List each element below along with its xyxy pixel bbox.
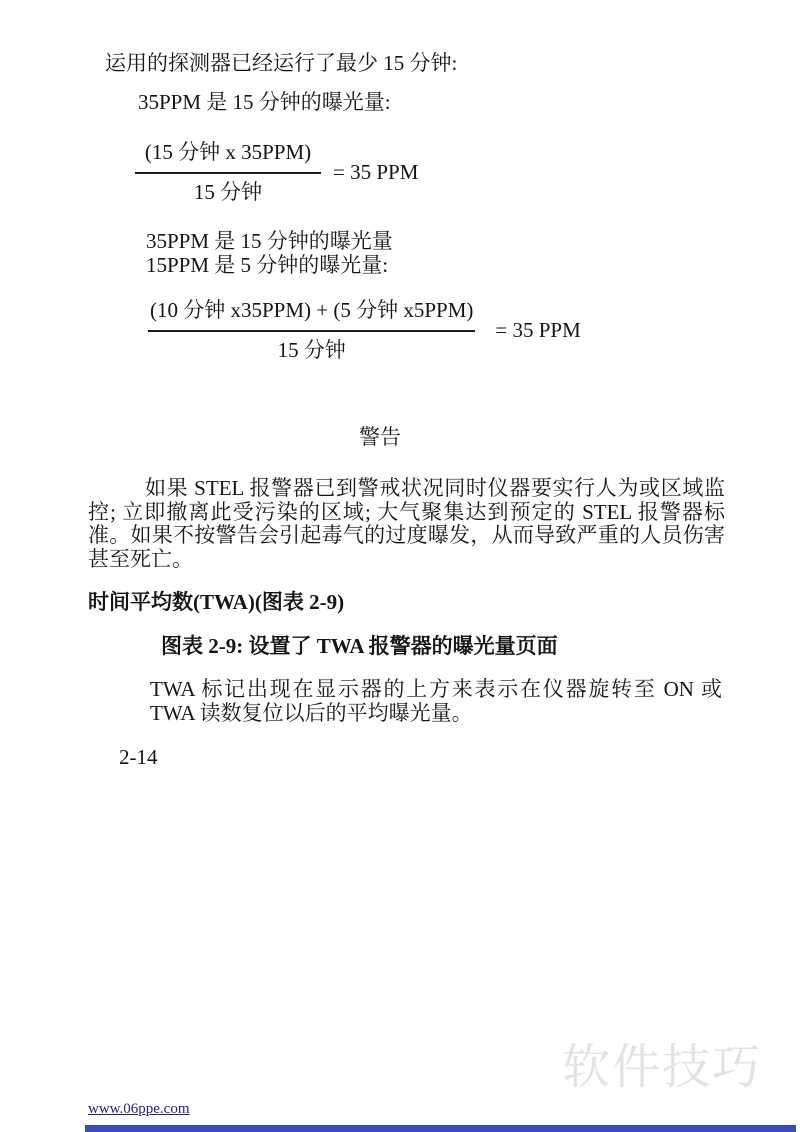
- fraction-bar: [148, 330, 475, 332]
- exposure-statement-1: 35PPM 是 15 分钟的曝光量:: [138, 91, 391, 115]
- exposure-statement-2: 35PPM 是 15 分钟的曝光量 15PPM 是 5 分钟的曝光量:: [146, 230, 393, 277]
- page-number: 2-14: [119, 746, 158, 770]
- fraction: (10 分钟 x35PPM) + (5 分钟 x5PPM) 15 分钟: [148, 299, 475, 362]
- exposure-statement-2-line2: 15PPM 是 5 分钟的曝光量:: [146, 254, 393, 278]
- twa-paragraph: TWA 标记出现在显示器的上方来表示在仪器旋转至 ON 或 TWA 读数复位以后…: [150, 678, 722, 725]
- formula-result: = 35 PPM: [333, 161, 418, 185]
- fraction-bar: [135, 172, 321, 174]
- fraction: (15 分钟 x 35PPM) 15 分钟: [135, 141, 321, 204]
- formula-weighted-average: (10 分钟 x35PPM) + (5 分钟 x5PPM) 15 分钟 = 35…: [148, 299, 581, 362]
- footer-link[interactable]: www.06ppe.com: [88, 1101, 190, 1118]
- formula-stel: (15 分钟 x 35PPM) 15 分钟 = 35 PPM: [135, 141, 418, 204]
- footer-rule: [85, 1125, 796, 1132]
- fraction-denominator: 15 分钟: [135, 181, 321, 205]
- warning-title: 警告: [60, 426, 700, 450]
- intro-line: 运用的探测器已经运行了最少 15 分钟:: [105, 52, 457, 76]
- warning-body: 如果 STEL 报警器已到警戒状况同时仪器要实行人为或区域监控; 立即撤离此受污…: [88, 477, 725, 571]
- manual-page: 运用的探测器已经运行了最少 15 分钟: 35PPM 是 15 分钟的曝光量: …: [0, 0, 800, 1132]
- fraction-denominator: 15 分钟: [148, 339, 475, 363]
- watermark: 软件技巧: [562, 1041, 762, 1094]
- fraction-numerator: (10 分钟 x35PPM) + (5 分钟 x5PPM): [148, 299, 475, 323]
- section-heading-twa: 时间平均数(TWA)(图表 2-9): [88, 591, 344, 615]
- fraction-numerator: (15 分钟 x 35PPM): [135, 141, 321, 165]
- exposure-statement-2-line1: 35PPM 是 15 分钟的曝光量: [146, 230, 393, 254]
- figure-caption-2-9: 图表 2-9: 设置了 TWA 报警器的曝光量页面: [161, 635, 558, 659]
- formula-result: = 35 PPM: [495, 319, 580, 343]
